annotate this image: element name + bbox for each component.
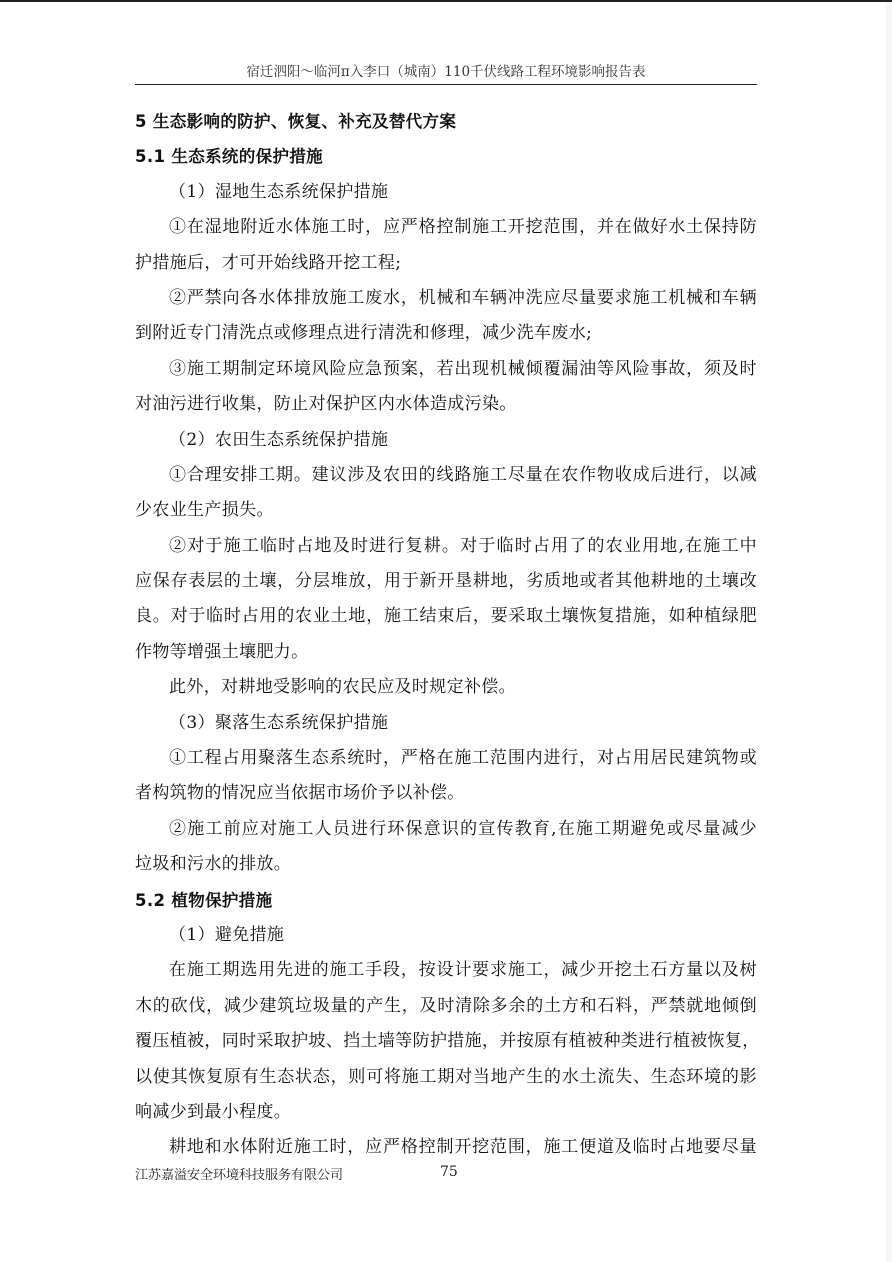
paragraph-line: 垃圾和污水的排放。 bbox=[135, 847, 757, 882]
footer-company: 江苏嘉溢安全环境科技服务有限公司 bbox=[135, 1164, 343, 1183]
paragraph-line: 耕地和水体附近施工时，应严格控制开挖范围，施工便道及临时占地要尽量 bbox=[135, 1130, 757, 1165]
paragraph-line: 良。对于临时占用的农业土地，施工结束后，要采取土壤恢复措施，如种植绿肥 bbox=[135, 599, 757, 634]
paragraph-line: 响减少到最小程度。 bbox=[135, 1095, 757, 1130]
subsection-heading-5-1: 5.1 生态系统的保护措施 bbox=[135, 139, 757, 174]
page-edge-shadow bbox=[886, 2, 892, 1262]
paragraph-line: ①工程占用聚落生态系统时，严格在施工范围内进行，对占用居民建筑物或 bbox=[135, 741, 757, 776]
paragraph-line: 应保存表层的土壤，分层堆放，用于新开垦耕地，劣质地或者其他耕地的土壤改 bbox=[135, 564, 757, 599]
paragraph-line: 者构筑物的情况应当依据市场价予以补偿。 bbox=[135, 776, 757, 811]
subsection-heading-5-2: 5.2 植物保护措施 bbox=[135, 883, 757, 918]
subsection-5-2-body: （1）避免措施在施工期选用先进的施工手段，按设计要求施工，减少开挖土石方量以及树… bbox=[135, 918, 757, 1166]
paragraph-line: ②严禁向各水体排放施工废水，机械和车辆冲洗应尽量要求施工机械和车辆 bbox=[135, 281, 757, 316]
paragraph-line: 少农业生产损失。 bbox=[135, 493, 757, 528]
paragraph-line: 作物等增强土壤肥力。 bbox=[135, 635, 757, 670]
paragraph-line: 木的砍伐，减少建筑垃圾量的产生，及时清除多余的土方和石料，严禁就地倾倒 bbox=[135, 989, 757, 1024]
page-top-border bbox=[0, 0, 892, 2]
paragraph-subheading: （3）聚落生态系统保护措施 bbox=[135, 706, 757, 741]
paragraph-subheading: （2）农田生态系统保护措施 bbox=[135, 423, 757, 458]
paragraph-line: ②施工前应对施工人员进行环保意识的宣传教育,在施工期避免或尽量减少 bbox=[135, 812, 757, 847]
paragraph-line: 覆压植被，同时采取护坡、挡土墙等防护措施，并按原有植被种类进行植被恢复， bbox=[135, 1024, 757, 1059]
paragraph-line: ②对于施工临时占地及时进行复耕。对于临时占用了的农业用地,在施工中 bbox=[135, 529, 757, 564]
running-header: 宿迁泗阳～临河π入李口（城南）110千伏线路工程环境影响报告表 bbox=[135, 62, 757, 85]
paragraph-line: 护措施后，才可开始线路开挖工程; bbox=[135, 246, 757, 281]
subsection-5-1-body: （1）湿地生态系统保护措施①在湿地附近水体施工时，应严格控制施工开挖范围，并在做… bbox=[135, 175, 757, 883]
paragraph-line: 对油污进行收集，防止对保护区内水体造成污染。 bbox=[135, 387, 757, 422]
paragraph-line: ③施工期制定环境风险应急预案，若出现机械倾覆漏油等风险事故，须及时 bbox=[135, 352, 757, 387]
paragraph-line: ①在湿地附近水体施工时，应严格控制施工开挖范围，并在做好水土保持防 bbox=[135, 210, 757, 245]
paragraph-line: 此外，对耕地受影响的农民应及时规定补偿。 bbox=[135, 670, 757, 705]
section-heading: 5 生态影响的防护、恢复、补充及替代方案 bbox=[135, 104, 757, 139]
paragraph-subheading: （1）避免措施 bbox=[135, 918, 757, 953]
paragraph-subheading: （1）湿地生态系统保护措施 bbox=[135, 175, 757, 210]
paragraph-line: 以使其恢复原有生态状态，则可将施工期对当地产生的水土流失、生态环境的影 bbox=[135, 1060, 757, 1095]
paragraph-line: 在施工期选用先进的施工手段，按设计要求施工，减少开挖土石方量以及树 bbox=[135, 953, 757, 988]
page-number: 75 bbox=[440, 1164, 458, 1180]
paragraph-line: ①合理安排工期。建议涉及农田的线路施工尽量在农作物收成后进行，以减 bbox=[135, 458, 757, 493]
paragraph-line: 到附近专门清洗点或修理点进行清洗和修理，减少洗车废水; bbox=[135, 316, 757, 351]
document-body: 5 生态影响的防护、恢复、补充及替代方案 5.1 生态系统的保护措施 （1）湿地… bbox=[135, 104, 757, 1166]
